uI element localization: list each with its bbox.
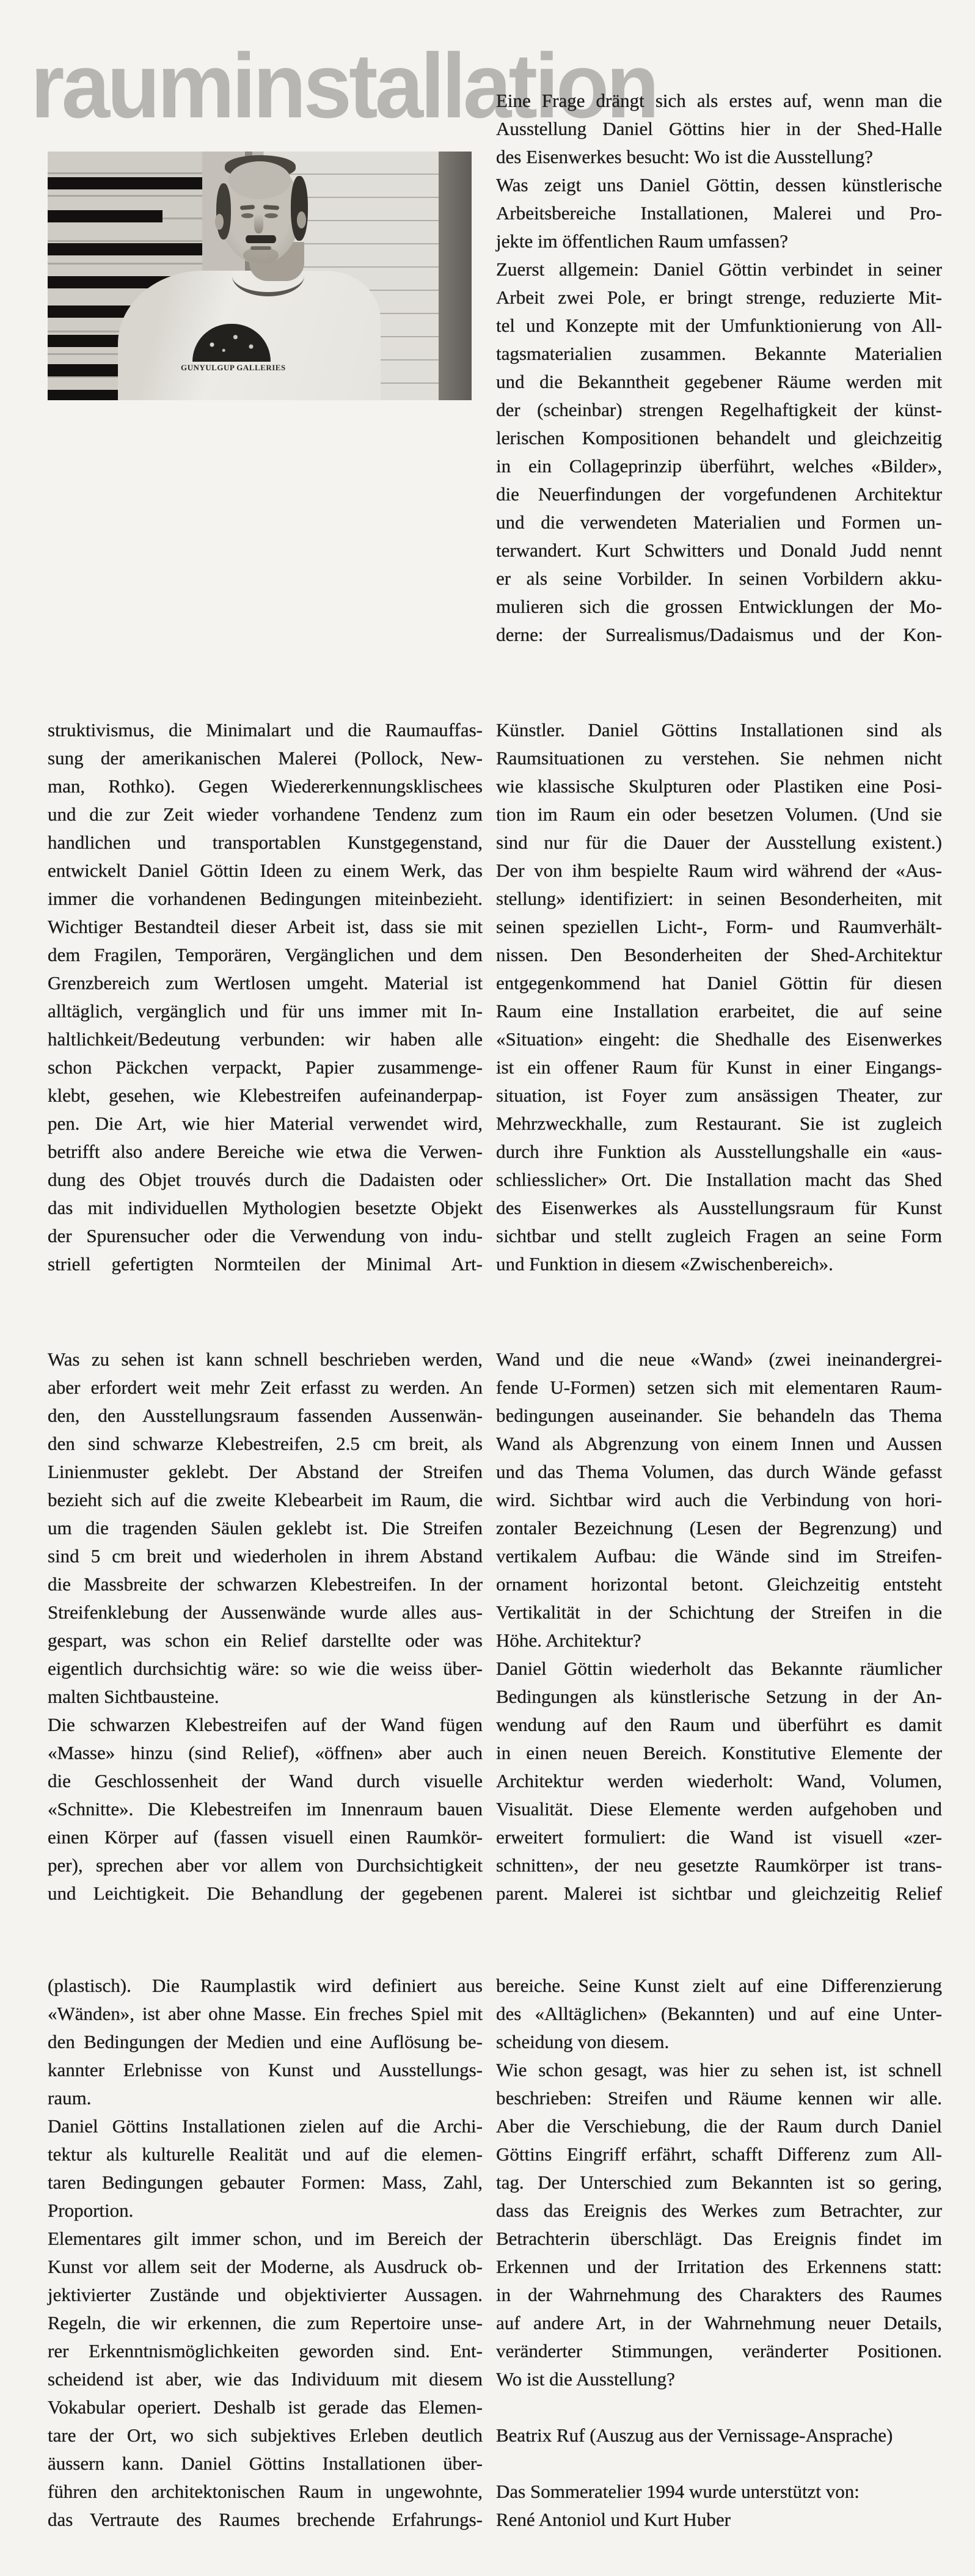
text-line: «Schnitte». Die Klebestreifen im Innenra…: [48, 1795, 483, 1823]
text-line: «Wänden», ist aber ohne Masse. Ein frech…: [48, 2000, 483, 2028]
text-line: nissen. Den Besonderheiten der Shed-Arch…: [496, 941, 942, 969]
text-line: pen. Die Art, wie hier Material verwende…: [48, 1110, 483, 1138]
hair-left: [216, 183, 231, 240]
text-line: und die verwendeten Materialien und Form…: [496, 508, 942, 536]
column-section2-right: Künstler. Daniel Göttins Installationen …: [496, 716, 942, 1278]
chin-shadow: [243, 247, 279, 264]
text-line: struktivismus, die Minimalart und die Ra…: [48, 716, 483, 744]
text-line: entgegenkommend hat Daniel Göttin für di…: [496, 969, 942, 997]
text-line: Kunst vor allem seit der Moderne, als Au…: [48, 2253, 483, 2281]
text-line: striell gefertigten Normteilen der Minim…: [48, 1250, 483, 1278]
text-line: Das Sommeratelier 1994 wurde unterstützt…: [496, 2478, 942, 2506]
text-line: stellung» identifiziert: in seinen Beson…: [496, 885, 942, 913]
text-line: raum.: [48, 2084, 483, 2112]
text-line: Raum eine Installation erarbeitet, die a…: [496, 997, 942, 1025]
tshirt-logo-text: GUNYULGUP GALLERIES: [181, 362, 283, 374]
text-line: Regeln, die wir erkennen, die zum Repert…: [48, 2309, 483, 2337]
text-line: Wand und die neue «Wand» (zwei ineinande…: [496, 1345, 942, 1374]
text-line: der Spurensucher oder die Verwendung von…: [48, 1222, 483, 1250]
text-line: bezieht sich auf die zweite Klebearbeit …: [48, 1486, 483, 1514]
ear-right: [297, 211, 306, 229]
text-line: jektivierter Zustände und objektivierter…: [48, 2281, 483, 2309]
text-line: Beatrix Ruf (Auszug aus der Vernissage-A…: [496, 2421, 942, 2450]
text-line: Mehrzweckhalle, zum Restaurant. Sie ist …: [496, 1110, 942, 1138]
text-line: Visualität. Diese Elemente werden aufgeh…: [496, 1795, 942, 1823]
text-line: René Antoniol und Kurt Huber: [496, 2506, 942, 2534]
text-line: ist ein offener Raum für Kunst in einer …: [496, 1053, 942, 1081]
text-line: beschrieben: Streifen und Räume kennen w…: [496, 2084, 942, 2112]
text-line: die Massbreite der schwarzen Klebestreif…: [48, 1570, 483, 1598]
text-line: das mit individuellen Mythologien besetz…: [48, 1194, 483, 1222]
text-line: Wie schon gesagt, was hier zu sehen ist,…: [496, 2056, 942, 2084]
text-line: den Bedingungen der Medien und eine Aufl…: [48, 2028, 483, 2056]
text-line: eigentlich durchsichtig wäre: so wie die…: [48, 1655, 483, 1683]
text-line: per), sprechen aber vor allem von Durchs…: [48, 1851, 483, 1879]
text-line: des «Alltäglichen» (Bekannten) und auf e…: [496, 2000, 942, 2028]
text-line: bedingungen auseinander. Sie behandeln d…: [496, 1402, 942, 1430]
hair-right: [291, 176, 308, 241]
text-line: scheidung von diesem.: [496, 2028, 942, 2056]
text-line: die Geschlossenheit der Wand durch visue…: [48, 1767, 483, 1795]
text-line: klebt, gesehen, wie Klebestreifen aufein…: [48, 1081, 483, 1110]
text-line: in der Wahrnehmung des Charakters des Ra…: [496, 2281, 942, 2309]
text-line: schliesslicher» Ort. Die Installation ma…: [496, 1166, 942, 1194]
text-line: Arbeitsbereiche Installationen, Malerei …: [496, 199, 942, 227]
eye-left: [241, 213, 254, 218]
text-line: Was zeigt uns Daniel Göttin, dessen küns…: [496, 171, 942, 199]
column-section1-right: Eine Frage drängt sich als erstes auf, w…: [496, 87, 942, 649]
text-line: sung der amerikanischen Malerei (Pollock…: [48, 744, 483, 772]
forehead: [228, 161, 291, 199]
text-line: malten Sichtbausteine.: [48, 1683, 483, 1711]
text-line: des Eisenwerkes als Ausstellungsraum für…: [496, 1194, 942, 1222]
text-line: schon Päckchen verpackt, Papier zusammen…: [48, 1053, 483, 1081]
text-line: Betrachterin überschlägt. Das Ereignis f…: [496, 2225, 942, 2253]
text-line: tare der Ort, wo sich subjektives Erlebe…: [48, 2421, 483, 2450]
text-line: «Situation» eingeht: die Shedhalle des E…: [496, 1025, 942, 1053]
text-line: Elementares gilt immer schon, und im Ber…: [48, 2225, 483, 2253]
text-line: Linienmuster geklebt. Der Abstand der St…: [48, 1458, 483, 1486]
text-line: auf andere Art, in der Wahrnehmung neuer…: [496, 2309, 942, 2337]
text-line: kannter Erlebnisse von Kunst und Ausstel…: [48, 2056, 483, 2084]
text-line: tagsmaterialien zusammen. Bekannte Mater…: [496, 340, 942, 368]
text-line: Künstler. Daniel Göttins Installationen …: [496, 716, 942, 744]
column-section2-left: struktivismus, die Minimalart und die Ra…: [48, 716, 483, 1278]
text-line: und die zur Zeit wieder vorhandene Tende…: [48, 800, 483, 829]
text-line: dem Fragilen, Temporären, Vergänglichen …: [48, 941, 483, 969]
column-section4-left: (plastisch). Die Raumplastik wird defini…: [48, 1972, 483, 2534]
text-line: Höhe. Architektur?: [496, 1626, 942, 1655]
text-line: um die tragenden Säulen geklebt ist. Die…: [48, 1514, 483, 1542]
text-line: Ausstellung Daniel Göttins hier in der S…: [496, 115, 942, 143]
text-line: wendung auf den Raum und überführt es da…: [496, 1711, 942, 1739]
text-line: parent. Malerei ist sichtbar und gleichz…: [496, 1879, 942, 1908]
text-line: Zuerst allgemein: Daniel Göttin verbinde…: [496, 255, 942, 284]
text-line: fende U-Formen) setzen sich mit elementa…: [496, 1374, 942, 1402]
column-section3-left: Was zu sehen ist kann schnell beschriebe…: [48, 1345, 483, 1908]
text-line: aber erfordert weit mehr Zeit erfasst zu…: [48, 1374, 483, 1402]
text-line: (plastisch). Die Raumplastik wird defini…: [48, 1972, 483, 2000]
text-line: Der von ihm bespielte Raum wird während …: [496, 857, 942, 885]
text-line: jekte im öffentlichen Raum umfassen?: [496, 227, 942, 255]
text-line: sind nur für die Dauer der Ausstellung e…: [496, 829, 942, 857]
text-line: tel und Konzepte mit der Umfunktionierun…: [496, 312, 942, 340]
text-line: wird. Sichtbar wird auch die Verbindung …: [496, 1486, 942, 1514]
column-section4-right: bereiche. Seine Kunst zielt auf eine Dif…: [496, 1972, 942, 2534]
text-line: man, Rothko). Gegen Wiedererkennungsklis…: [48, 772, 483, 800]
text-line: Erkennen und der Irritation des Erkennen…: [496, 2253, 942, 2281]
scanned-article-page: rauminstallation GUNYULGUP GALLERIES Ein…: [0, 0, 975, 2576]
dark-wall-band: [439, 152, 472, 400]
mustache: [246, 235, 276, 243]
text-line: Aber die Verschiebung, die der Raum durc…: [496, 2112, 942, 2140]
text-line: erweitert formuliert: die Wand ist visue…: [496, 1823, 942, 1851]
text-line: immer die vorhandenen Bedingungen mitein…: [48, 885, 483, 913]
ear-left: [215, 214, 224, 230]
text-line: der (scheinbar) strengen Regelhaftigkeit…: [496, 396, 942, 424]
text-line: alltäglich, vergänglich und für uns imme…: [48, 997, 483, 1025]
text-line: vertikalem Aufbau: die Wände sind im Str…: [496, 1542, 942, 1570]
text-line: Vertikalität in der Schichtung der Strei…: [496, 1598, 942, 1626]
text-line: Wand als Abgrenzung von einem Innen und …: [496, 1430, 942, 1458]
text-line: einen Körper auf (fassen visuell einen R…: [48, 1823, 483, 1851]
text-line: den sind schwarze Klebestreifen, 2.5 cm …: [48, 1430, 483, 1458]
text-line: zontaler Bezeichnung (Lesen der Begrenzu…: [496, 1514, 942, 1542]
text-line: terwandert. Kurt Schwitters und Donald J…: [496, 536, 942, 565]
text-line: Arbeit zwei Pole, er bringt strenge, red…: [496, 284, 942, 312]
text-line: durch ihre Funktion als Ausstellungshall…: [496, 1138, 942, 1166]
text-line: des Eisenwerkes besucht: Wo ist die Auss…: [496, 143, 942, 171]
text-line: Die schwarzen Klebestreifen auf der Wand…: [48, 1711, 483, 1739]
text-line: und die Bekanntheit gegebener Räume werd…: [496, 368, 942, 396]
text-line: wie klassische Skulpturen oder Plastiken…: [496, 772, 942, 800]
text-line: taren Bedingungen gebauter Formen: Mass,…: [48, 2168, 483, 2197]
text-line: Wichtiger Bestandteil dieser Arbeit ist,…: [48, 913, 483, 941]
text-line: tion im Raum ein oder besetzen Volumen. …: [496, 800, 942, 829]
column-section3-right: Wand und die neue «Wand» (zwei ineinande…: [496, 1345, 942, 1908]
text-line: scheidend ist aber, wie das Individuum m…: [48, 2365, 483, 2393]
text-line: das Vertraute des Raumes brechende Erfah…: [48, 2506, 483, 2534]
text-line: [496, 2450, 942, 2478]
text-line: Grenzbereich zum Wertlosen umgeht. Mater…: [48, 969, 483, 997]
text-line: Eine Frage drängt sich als erstes auf, w…: [496, 87, 942, 115]
text-line: veränderter Stimmungen, veränderter Posi…: [496, 2337, 942, 2365]
text-line: mulieren sich die grossen Entwicklungen …: [496, 593, 942, 621]
text-line: dass das Ereignis des Werkes zum Betrach…: [496, 2197, 942, 2225]
text-line: äussern kann. Daniel Göttins Installatio…: [48, 2450, 483, 2478]
text-line: [496, 2393, 942, 2421]
text-line: situation, ist Foyer zum ansässigen Thea…: [496, 1081, 942, 1110]
text-line: betrifft also andere Bereiche wie etwa d…: [48, 1138, 483, 1166]
text-line: sichtbar und stellt zugleich Fragen an s…: [496, 1222, 942, 1250]
text-line: er als seine Vorbilder. In seinen Vorbil…: [496, 565, 942, 593]
text-line: «Masse» hinzu (sind Relief), «öffnen» ab…: [48, 1739, 483, 1767]
text-line: in ein Collageprinzip überführt, welches…: [496, 452, 942, 480]
text-line: tag. Der Unterschied zum Bekannten ist s…: [496, 2168, 942, 2197]
artist-portrait-photo: GUNYULGUP GALLERIES: [48, 152, 472, 400]
text-line: sind 5 cm breit und wiederholen in ihrem…: [48, 1542, 483, 1570]
text-line: und Leichtigkeit. Die Behandlung der geg…: [48, 1879, 483, 1908]
text-line: Wo ist die Ausstellung?: [496, 2365, 942, 2393]
text-line: und Funktion in diesem «Zwischenbereich»…: [496, 1250, 942, 1278]
text-line: Was zu sehen ist kann schnell beschriebe…: [48, 1345, 483, 1374]
text-line: bereiche. Seine Kunst zielt auf eine Dif…: [496, 1972, 942, 2000]
text-line: tektur als kulturelle Realität und auf d…: [48, 2140, 483, 2168]
text-line: dung des Objet trouvés durch die Dadaist…: [48, 1166, 483, 1194]
text-line: schnitten», der neu gesetzte Raumkörper …: [496, 1851, 942, 1879]
text-line: den, den Ausstellungsraum fassenden Auss…: [48, 1402, 483, 1430]
text-line: gespart, was schon ein Relief darstellte…: [48, 1626, 483, 1655]
eye-right: [265, 213, 278, 218]
text-line: Daniel Göttins Installationen zielen auf…: [48, 2112, 483, 2140]
text-line: Vokabular operiert. Deshalb ist gerade d…: [48, 2393, 483, 2421]
text-line: führen den architektonischen Raum in ung…: [48, 2478, 483, 2506]
text-line: Architektur werden wiederholt: Wand, Vol…: [496, 1767, 942, 1795]
text-line: Proportion.: [48, 2197, 483, 2225]
text-line: entwickelt Daniel Göttin Ideen zu einem …: [48, 857, 483, 885]
text-line: Bedingungen als künstlerische Setzung in…: [496, 1683, 942, 1711]
text-line: rer Erkenntnismöglichkeiten geworden sin…: [48, 2337, 483, 2365]
text-line: und das Thema Volumen, das durch Wände g…: [496, 1458, 942, 1486]
text-line: lerischen Kompositionen behandelt und gl…: [496, 424, 942, 452]
text-line: handlichen und transportablen Kunstgegen…: [48, 829, 483, 857]
text-line: Raumsituationen zu verstehen. Sie nehmen…: [496, 744, 942, 772]
nose: [254, 214, 263, 233]
text-line: derne: der Surrealismus/Dadaismus und de…: [496, 621, 942, 649]
text-line: in einen neuen Bereich. Konstitutive Ele…: [496, 1739, 942, 1767]
text-line: Göttins Eingriff erfährt, schafft Differ…: [496, 2140, 942, 2168]
text-line: Daniel Göttin wiederholt das Bekannte rä…: [496, 1655, 942, 1683]
text-line: die Neuerfindungen der vorgefundenen Arc…: [496, 480, 942, 508]
text-line: seinen speziellen Licht-, Form- und Raum…: [496, 913, 942, 941]
text-line: ornament horizontal betont. Gleichzeitig…: [496, 1570, 942, 1598]
text-line: haltlichkeit/Bedeutung verbunden: wir ha…: [48, 1025, 483, 1053]
text-line: Streifenklebung der Aussenwände wurde al…: [48, 1598, 483, 1626]
